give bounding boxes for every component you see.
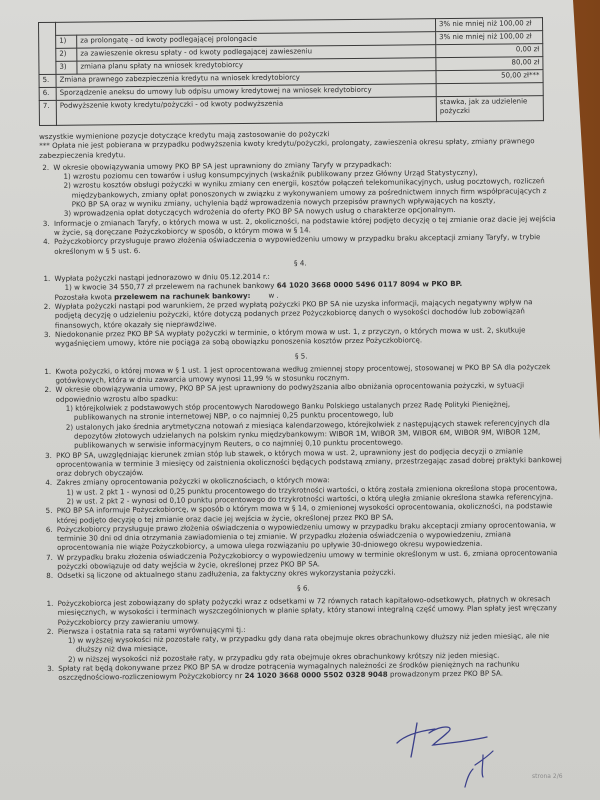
fee-value: 0,00 zł (436, 44, 543, 58)
section-title: § 4. (40, 256, 560, 270)
list-item: Pierwsza i ostatnia rata są ratami wyrów… (56, 622, 564, 664)
payout-account: 64 1020 3668 0000 5496 0117 8094 w PKO B… (277, 279, 463, 290)
document-content: 3% nie mniej niż 100,00 zł 1) za prolong… (38, 17, 564, 683)
fee-num: 7. (39, 100, 56, 125)
fee-value: 3% nie mniej niż 100,00 zł (435, 18, 542, 32)
table-row: 7. Podwyższenie kwoty kredytu/pożyczki -… (39, 96, 543, 126)
note-asterisk: *** Opłata nie jest pobierana w przypadk… (39, 136, 559, 160)
section-title: § 6. (43, 581, 563, 595)
section-5-list: Kwota pożyczki, o której mowa w § 1 ust.… (41, 362, 563, 581)
section-4-list: Wypłata pożyczki nastąpi jednorazowo w d… (40, 269, 561, 348)
fee-sub: 2) (56, 48, 77, 61)
list-item: W okresie obowiązywania umowy, PKO BP SA… (53, 380, 562, 450)
repayment-post: prowadzonym przez PKO BP SA. (388, 669, 503, 679)
list-item: Niedokonanie przez PKO BP SA wypłaty poż… (53, 325, 561, 348)
section-title: § 5. (41, 349, 561, 363)
fee-sub: 3) (56, 61, 77, 74)
fee-desc: Podwyższenie kwoty kredytu/pożyczki - od… (56, 97, 436, 126)
fee-value: 80,00 zł (436, 57, 543, 71)
signature-icon (395, 715, 515, 795)
sub-item: 2) wzrostu kosztów obsługi pożyczki w wy… (64, 176, 560, 209)
fee-table: 3% nie mniej niż 100,00 zł 1) za prolong… (38, 17, 544, 126)
fee-value: stawka, jak za udzielenie pożyczki (436, 96, 543, 122)
fee-value: 50,00 zł*** (436, 70, 543, 84)
list-item: W okresie obowiązywania umowy PKO BP SA … (51, 158, 560, 219)
repayment-account: 24 1020 3668 0000 5502 0328 9048 (245, 670, 388, 680)
fee-num: 5. (39, 74, 56, 87)
fee-num (39, 22, 56, 74)
fee-value (436, 83, 543, 97)
fee-sub: 1) (56, 35, 77, 48)
fee-num: 6. (39, 87, 56, 100)
list-item: Pożyczkobiorcy przysługuje prawo złożeni… (52, 232, 560, 255)
remaining-text: Pozostała kwota (55, 292, 115, 302)
fee-value: 3% nie mniej niż 100,00 zł (436, 31, 543, 45)
remaining-post: w . (250, 290, 278, 299)
tariff-list: W okresie obowiązywania umowy PKO BP SA … (39, 158, 560, 256)
section-6-list: Pożyczkobiorca jest zobowiązany do spłat… (44, 594, 565, 683)
page-number: strona 2/6 (532, 773, 563, 780)
